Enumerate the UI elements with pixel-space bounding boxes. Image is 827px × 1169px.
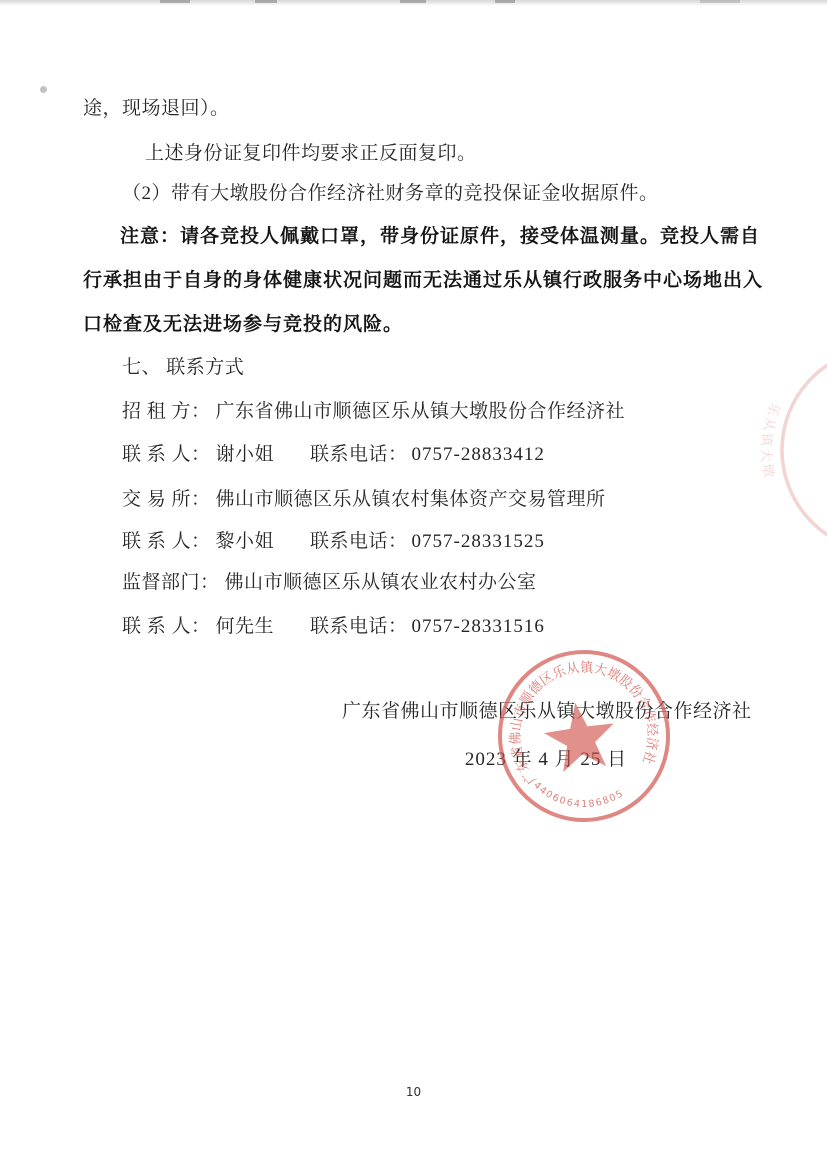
signature-organization: 广东省佛山市顺德区乐从镇大墩股份合作经济社 — [342, 690, 752, 734]
phone-number: 0757-28833412 — [412, 444, 545, 465]
contact-row-lessor: 招 租 方：广东省佛山市顺德区乐从镇大墩股份合作经济社 — [122, 390, 625, 434]
contact-row-exchange: 交 易 所：佛山市顺德区乐从镇农村集体资产交易管理所 — [122, 478, 606, 522]
scan-artifact — [495, 0, 515, 3]
signature-date: 2023 年 4 月 25 日 — [342, 738, 750, 782]
scan-artifact — [255, 0, 277, 3]
contact-label: 交 易 所： — [122, 489, 211, 510]
contact-label: 联 系 人： — [122, 616, 211, 637]
contact-label: 招 租 方： — [122, 401, 211, 422]
section-heading-contact: 七、 联系方式 — [122, 346, 244, 390]
notice-paragraph: 注意：请各竞投人佩戴口罩，带身份证原件，接受体温测量。竞投人需自 行承担由于自身… — [83, 215, 755, 347]
paragraph-item-2: （2）带有大墩股份合作经济社财务章的竞投保证金收据原件。 — [122, 172, 659, 216]
official-seal-stamp: 广东省佛山市顺德区乐从镇大墩股份合作经济社 4406064186805 — [489, 641, 679, 831]
contact-value: 黎小姐 — [216, 531, 275, 552]
contact-value: 广东省佛山市顺德区乐从镇大墩股份合作经济社 — [216, 401, 626, 422]
contact-value: 佛山市顺德区乐从镇农村集体资产交易管理所 — [216, 489, 606, 510]
paragraph-continuation: 途，现场退回）。 — [83, 87, 230, 131]
paragraph-copy-requirement: 上述身份证复印件均要求正反面复印。 — [145, 132, 477, 176]
notice-line-2: 行承担由于自身的身体健康状况问题而无法通过乐从镇行政服务中心场地出入 — [83, 259, 755, 303]
contact-row-person-3: 联 系 人：何先生联系电话：0757-28331516 — [122, 605, 545, 649]
scan-artifact — [400, 0, 426, 3]
notice-line-1: 注意：请各竞投人佩戴口罩，带身份证原件，接受体温测量。竞投人需自 — [83, 215, 755, 259]
scan-artifact — [160, 0, 190, 3]
scan-artifact — [700, 0, 740, 3]
phone-number: 0757-28331525 — [412, 531, 545, 552]
notice-line-3: 口检查及无法进场参与竞投的风险。 — [83, 303, 755, 347]
phone-number: 0757-28331516 — [412, 616, 545, 637]
contact-value: 佛山市顺德区乐从镇农业农村办公室 — [225, 572, 537, 593]
phone-label: 联系电话： — [310, 444, 408, 465]
contact-value: 谢小姐 — [216, 444, 275, 465]
contact-row-person-2: 联 系 人：黎小姐联系电话：0757-28331525 — [122, 520, 545, 564]
document-page: 途，现场退回）。 上述身份证复印件均要求正反面复印。 （2）带有大墩股份合作经济… — [0, 0, 827, 1169]
phone-label: 联系电话： — [310, 531, 408, 552]
seal-border — [489, 641, 679, 831]
contact-row-person-1: 联 系 人：谢小姐联系电话：0757-28833412 — [122, 433, 545, 477]
contact-value: 何先生 — [216, 616, 275, 637]
edge-stamp-ring-text: 乐从镇大墩 — [759, 401, 783, 481]
edge-stamp-border — [782, 348, 827, 552]
scan-artifact-speck — [40, 86, 47, 93]
contact-label: 联 系 人： — [122, 444, 211, 465]
contact-label: 联 系 人： — [122, 531, 211, 552]
contact-row-supervisor: 监督部门：佛山市顺德区乐从镇农业农村办公室 — [122, 561, 537, 605]
page-number: 10 — [0, 1082, 827, 1102]
phone-label: 联系电话： — [310, 616, 408, 637]
contact-label: 监督部门： — [122, 572, 220, 593]
edge-stamp: 乐从镇大墩 — [759, 348, 827, 552]
